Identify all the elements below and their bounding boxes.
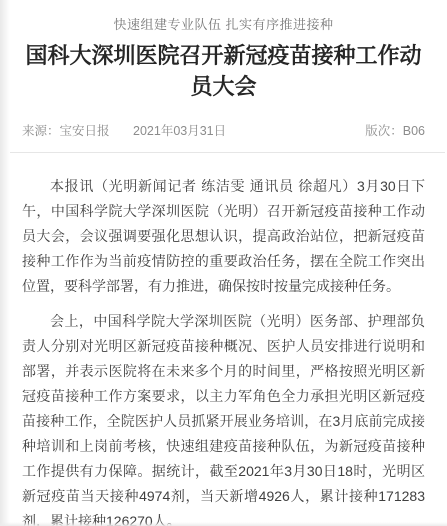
edition-value: B06 bbox=[403, 124, 425, 138]
article-title: 国科大深圳医院召开新冠疫苗接种工作动员大会 bbox=[22, 40, 425, 102]
publish-date: 2021年03月31日 bbox=[133, 124, 226, 138]
article-kicker: 快速组建专业队伍 扎实有序推进接种 bbox=[22, 14, 425, 33]
source-label: 来源： bbox=[22, 124, 60, 138]
article-meta: 来源：宝安日报 2021年03月31日 版次：B06 bbox=[22, 121, 425, 139]
article-paragraph-1: 本报讯（光明新闻记者 练洁雯 通讯员 徐超凡）3月30日下午，中国科学院大学深圳… bbox=[22, 174, 425, 299]
page-left-edge-shadow bbox=[0, 0, 10, 526]
edition-label: 版次： bbox=[365, 124, 403, 138]
article-paragraph-2: 会上，中国科学院大学深圳医院（光明）医务部、护理部负责人分别对光明区新冠疫苗接种… bbox=[22, 309, 425, 526]
source-value: 宝安日报 bbox=[60, 124, 110, 138]
article-page: 快速组建专业队伍 扎实有序推进接种 国科大深圳医院召开新冠疫苗接种工作动员大会 … bbox=[0, 0, 447, 526]
meta-source-date: 来源：宝安日报 2021年03月31日 bbox=[22, 121, 226, 139]
meta-divider bbox=[10, 152, 445, 153]
article-body: 本报讯（光明新闻记者 练洁雯 通讯员 徐超凡）3月30日下午，中国科学院大学深圳… bbox=[22, 174, 425, 526]
meta-edition: 版次：B06 bbox=[365, 121, 425, 139]
